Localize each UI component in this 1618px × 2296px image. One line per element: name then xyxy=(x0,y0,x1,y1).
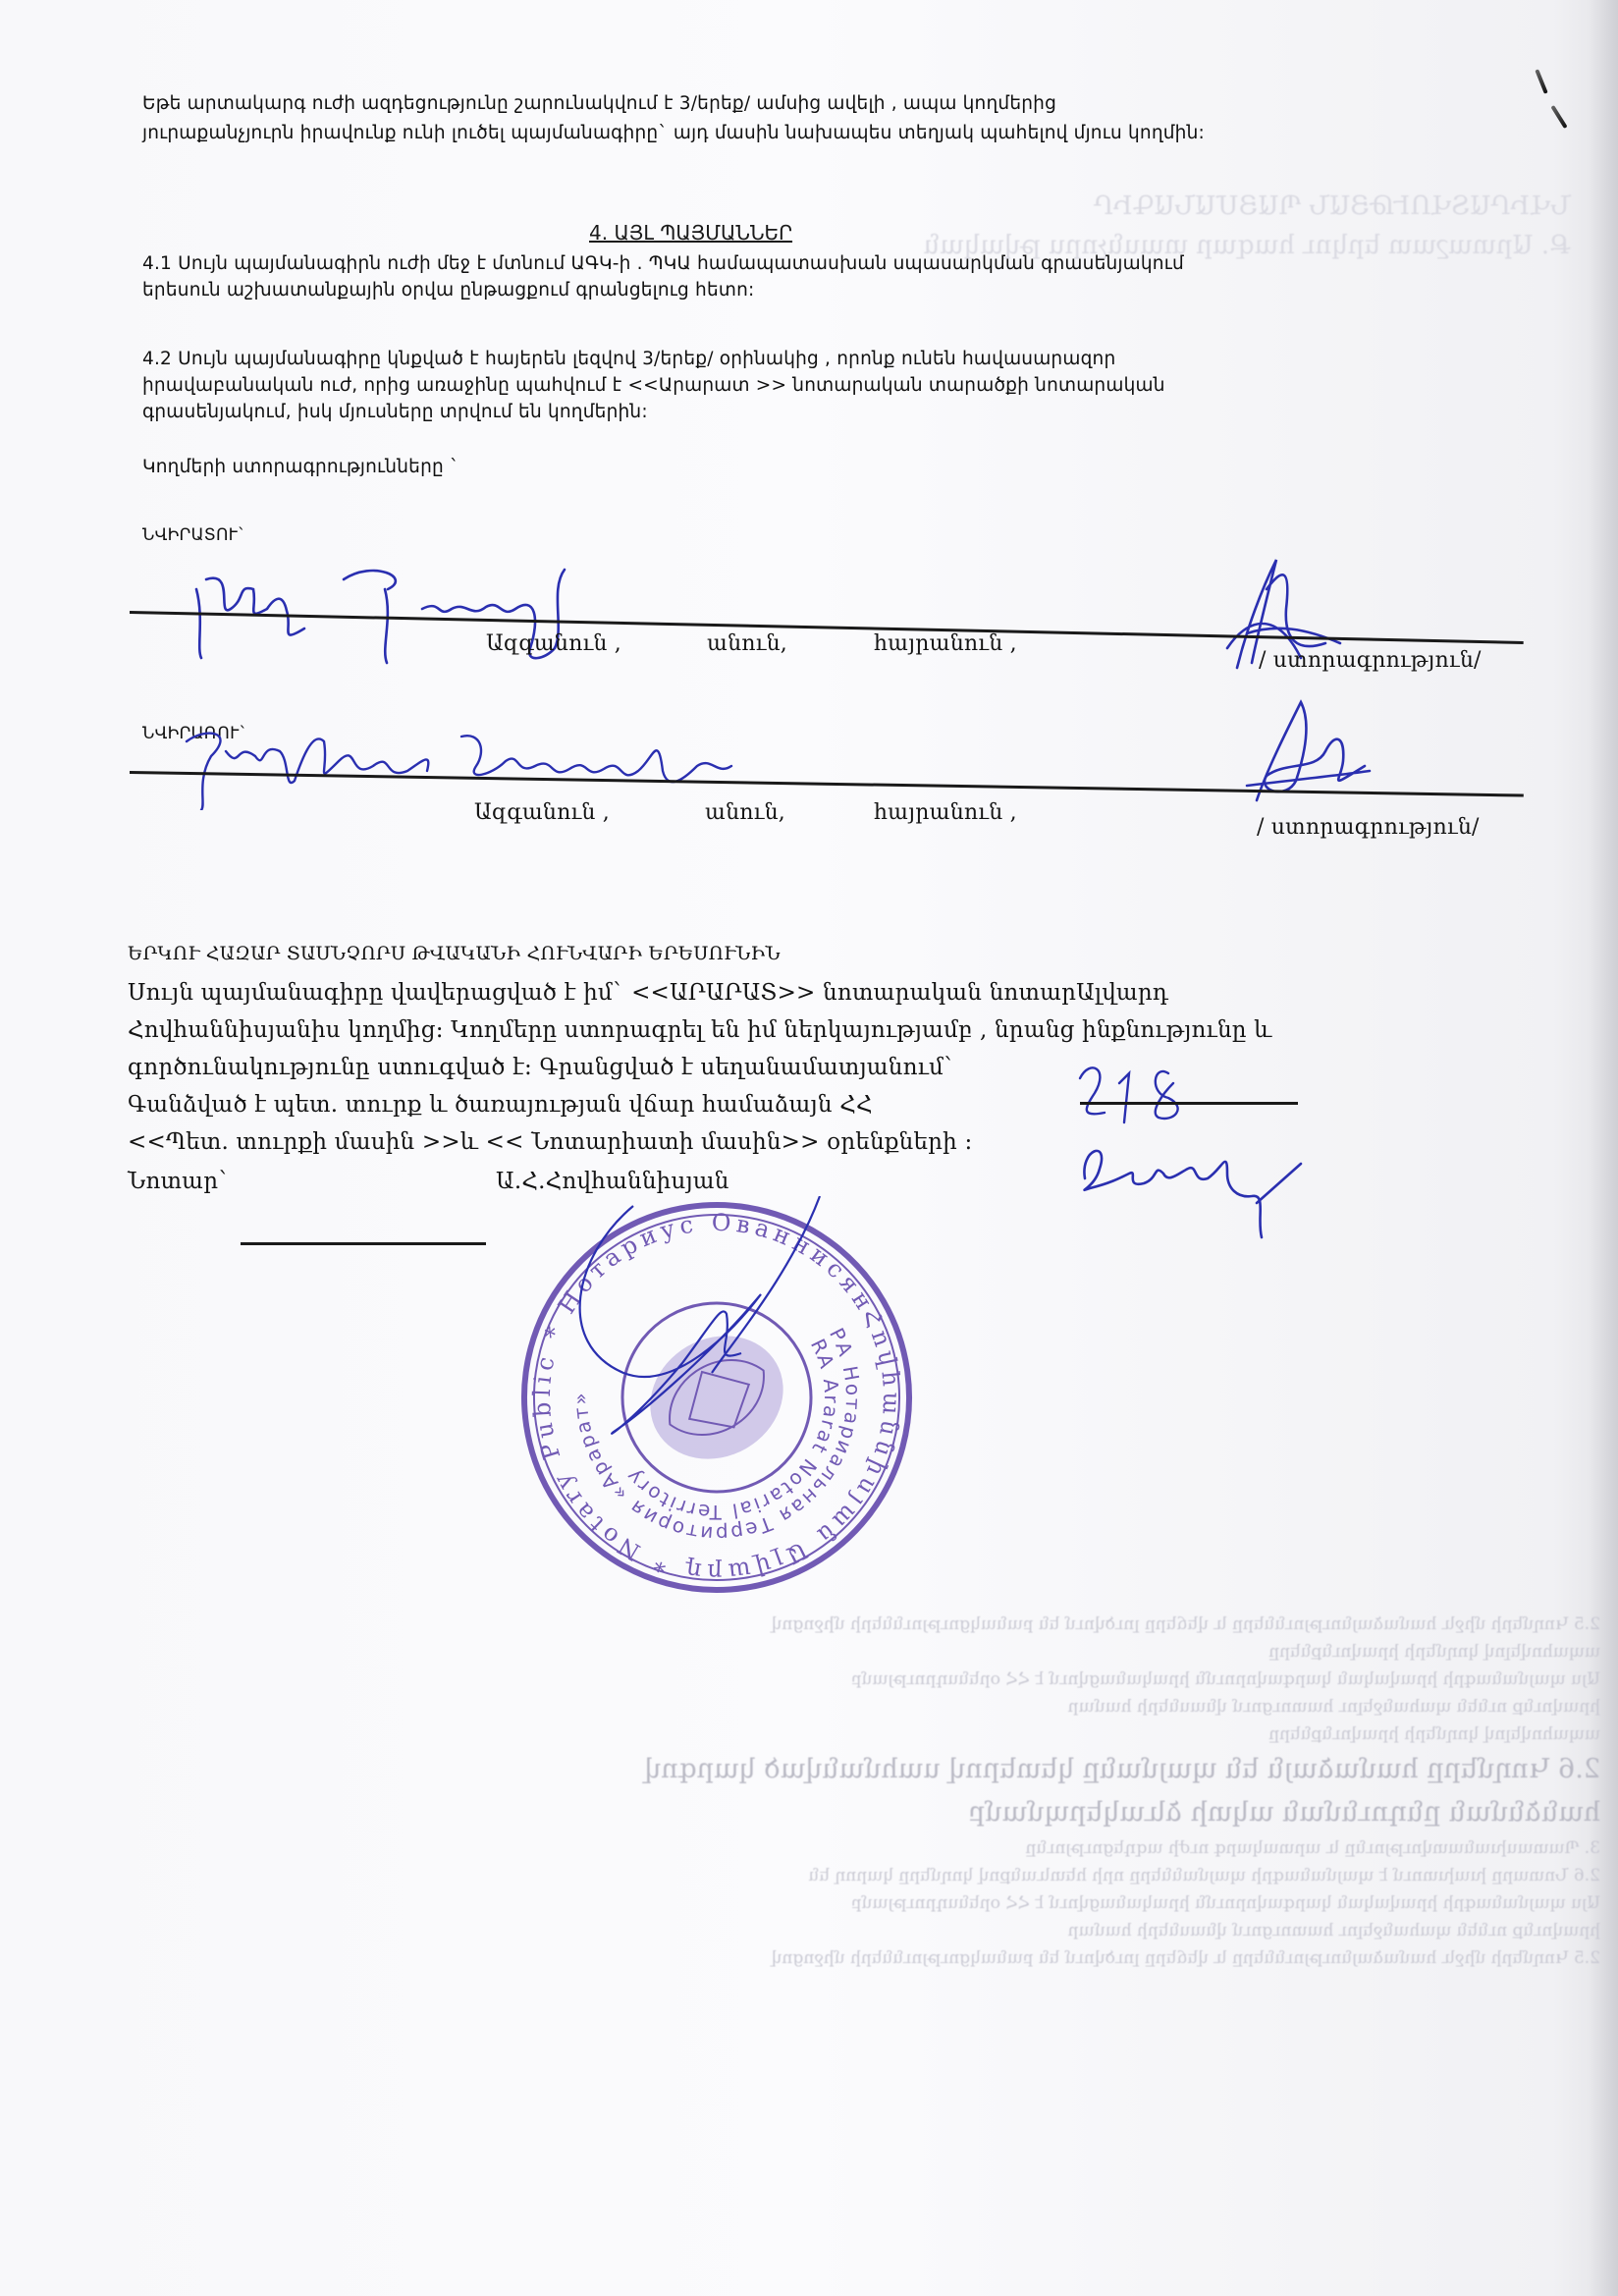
bleed-line: 2.6 Նոտարը խախտում է պայմանագրի պայմաննե… xyxy=(324,1862,1600,1889)
recipient-caption-signature: / ստորագրություն/ xyxy=(1257,815,1480,840)
donor-caption-name: անուն, xyxy=(707,631,787,656)
notary-signature xyxy=(1070,1129,1325,1247)
donor-caption-surname: Ազգանուն , xyxy=(486,631,621,656)
bleed-line: իրավունք ունեն պահանջելու հատուցում վնաս… xyxy=(324,1693,1600,1721)
donor-role-label: ՆՎԻՐԱՏՈՒ` xyxy=(142,525,246,545)
donor-caption-patronymic: հայրանուն , xyxy=(874,631,1017,656)
staple-mark xyxy=(1550,105,1567,129)
clause-4-1-line-1: 4.1 Սույն պայմանագիրն ուժի մեջ է մտնում … xyxy=(142,253,1184,274)
clause-4-2-line-1: 4.2 Սույն պայմանագիրը կնքված է հայերեն լ… xyxy=(142,349,1115,369)
bleed-line: Այս պայմանագրի իրավական կարգավորումն իրա… xyxy=(324,1666,1600,1693)
recipient-caption-name: անուն, xyxy=(705,800,785,825)
notarization-line-3: գործունակությունը ստուգված է: Գրանցված է… xyxy=(128,1055,955,1080)
donor-caption-signature: / ստորագրություն/ xyxy=(1259,648,1482,673)
donor-name-handwriting xyxy=(177,550,727,668)
registry-number-handwriting: 218 xyxy=(1075,1059,1203,1127)
bleed-line: հանձնման ընդունման ակտի ձևակերպմամբ xyxy=(324,1791,1600,1834)
bleed-line: 2.5 Կողմերի միջև համաձայնությունները և վ… xyxy=(324,1944,1600,1972)
notary-name: Ա.Հ.Հովհաննիսյան xyxy=(496,1169,729,1194)
registry-number-line xyxy=(1080,1102,1298,1105)
clause-4-1-line-2: երեսուն աշխատանքային օրվա ընթացքում գրան… xyxy=(142,280,754,301)
staple-mark xyxy=(1535,69,1547,94)
recipient-caption-surname: Ազգանուն , xyxy=(474,800,610,825)
bleed-line: 2.6 Կողմերը համաձայն են պայմանը կետերով … xyxy=(324,1748,1600,1791)
bleed-line: ՆՎԻՐԱՏՎՈՒԹՅԱՆ ՊԱՅՄԱՆԱԳԻՐ xyxy=(687,187,1571,226)
notarization-line-4: Գանձված է պետ. տուրք և ծառայության վճար … xyxy=(128,1092,873,1118)
notarization-line-2: Հովհաննիսյանիս կողմից: Կողմերը ստորագրել… xyxy=(128,1017,1272,1043)
intro-line-2: յուրաքանչյուրն իրավունք ունի լուծել պայմ… xyxy=(142,123,1205,143)
bleed-line: ապահովելով կողմերի իրավունքները xyxy=(324,1721,1600,1748)
notarization-line-5: <<Պետ. տուրքի մասին >>և << Նոտարիատի մաս… xyxy=(128,1129,972,1155)
bleed-line: 2.5 Կողմերի միջև համաձայնությունները և վ… xyxy=(324,1611,1600,1638)
recipient-name-handwriting xyxy=(167,712,795,810)
clause-4-2-line-3: գրասենյակում, իսկ մյուսները տրվում են կո… xyxy=(142,402,648,422)
notary-stamp: Հովհաննիսյան Ալվարդ * Notary Public * Но… xyxy=(515,1196,918,1599)
bleed-through-text: 2.5 Կողմերի միջև համաձայնությունները և վ… xyxy=(324,1611,1600,1972)
intro-line-1: Եթե արտակարգ ուժի ազդեցությունը շարունակ… xyxy=(142,93,1056,114)
notary-signature-line xyxy=(241,1242,486,1245)
bleed-line: Այս պայմանագրի իրավական կարգավորումն իրա… xyxy=(324,1889,1600,1917)
bleed-line: ապահովելով կողմերի իրավունքները xyxy=(324,1638,1600,1666)
signatures-title: Կողմերի ստորագրությունները ` xyxy=(142,457,458,477)
notary-label: Նոտար` xyxy=(128,1169,230,1194)
recipient-caption-patronymic: հայրանուն , xyxy=(874,800,1017,825)
notarization-line-1: Սույն պայմանագիրը վավերացված է իմ` <<ԱՐԱ… xyxy=(128,980,1168,1006)
bleed-line: իրավունք ունեն պահանջելու հատուցում վնաս… xyxy=(324,1917,1600,1944)
scanned-page: ՆՎԻՐԱՏՎՈՒԹՅԱՆ ՊԱՅՄԱՆԱԳԻՐ Ք. Արտաշատ երկո… xyxy=(0,0,1618,2296)
clause-4-2-line-2: իրավաբանական ուժ, որից առաջինը պահվում է… xyxy=(142,375,1165,396)
section-heading: 4. ԱՅԼ ՊԱՅՄԱՆՆԵՐ xyxy=(589,221,792,245)
svg-text:218: 218 xyxy=(1075,1059,1106,1063)
notarization-date-line: ԵՐԿՈՒ ՀԱԶԱՐ ՏԱՍՆՉՈՐՍ ԹՎԱԿԱՆԻ ՀՈՒՆՎԱՐԻ ԵՐ… xyxy=(128,943,781,964)
bleed-line: 3. Պատասխանատվությունը և արտակարգ ուժի ա… xyxy=(324,1834,1600,1862)
